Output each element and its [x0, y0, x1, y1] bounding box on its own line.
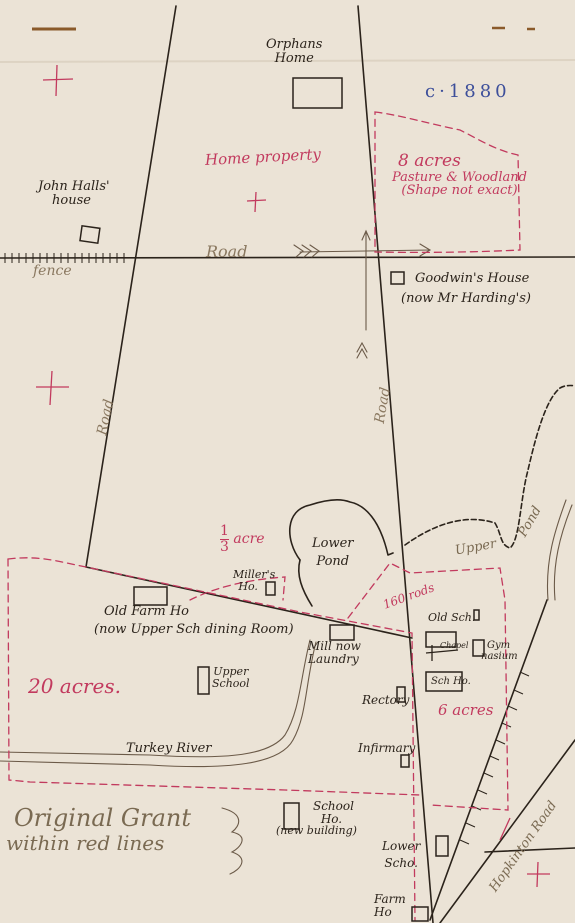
label-line: Orphans [266, 38, 322, 52]
label-line: Goodwin's House [415, 272, 531, 286]
infirmary-building [401, 755, 409, 767]
label-line: Lower [382, 840, 420, 853]
lower-school-building [436, 836, 448, 856]
label-line: Pond [312, 555, 354, 569]
new-school-house-label: School Ho. (new building) [276, 800, 357, 837]
eight-acres-label: 8 acres Pasture & Woodland (Shape not ex… [392, 153, 527, 198]
old-farm-house-building [134, 587, 167, 605]
label-line: house [38, 194, 110, 208]
date-note: c·1880 [425, 83, 511, 102]
millers-house-label: Miller's Ho. [233, 569, 275, 592]
pond-stream [554, 505, 572, 600]
lower-school-label: Lower Scho. [382, 840, 420, 869]
road-horizontal-line [0, 257, 575, 258]
label-line: John Halls' [38, 180, 110, 194]
stone-wall-ticks [460, 672, 529, 844]
mill-building [330, 625, 354, 640]
goodwins-house-label: Goodwin's House (now Mr Harding's) [415, 272, 531, 305]
label-line: within red lines [6, 833, 191, 854]
label-line: Miller's [233, 569, 275, 581]
six-acres-label: 6 acres [438, 703, 493, 719]
original-grant-label: Original Grant within red lines [14, 806, 191, 854]
pond-stream [547, 500, 566, 600]
road-horizontal-label: Road [206, 244, 247, 261]
cross-marker-icon [43, 65, 73, 96]
cross-marker-icon [36, 371, 69, 405]
label-line: Old Farm Ho [94, 605, 294, 619]
john-halls-house-label: John Halls' house [38, 180, 110, 207]
turkey-river-bank [0, 640, 310, 757]
fraction-numerator: 1 [220, 524, 229, 540]
label-line: (new building) [276, 825, 357, 837]
old-farm-house-label: Old Farm Ho (now Upper Sch dining Room) [94, 605, 294, 636]
label-line: Upper [212, 666, 250, 678]
label-line: Lower [312, 537, 354, 551]
label-line: (Shape not exact) [392, 184, 527, 198]
brace-icon [222, 808, 242, 874]
label-line: Ho. [221, 581, 275, 593]
third-acre-label: 1 3 acre [220, 524, 265, 554]
chapel-label: Chapel [440, 642, 468, 650]
label-line: Home [266, 52, 322, 66]
label-line: Gym [487, 641, 518, 652]
road-left-line [86, 6, 176, 567]
label-line: 8 acres [392, 153, 527, 171]
orphans-home-label: Orphans Home [266, 38, 322, 65]
school-house-label: Sch Ho. [431, 677, 471, 688]
label-line: Ho [374, 906, 406, 919]
fence-label: fence [33, 264, 72, 279]
label-line: School [212, 678, 250, 690]
label-line: (now Mr Harding's) [401, 292, 531, 306]
upper-pond-outline [405, 386, 575, 549]
cross-marker-icon [247, 192, 266, 212]
upper-school-label: Upper School [212, 666, 250, 689]
infirmary-label: Infirmary [358, 742, 415, 755]
label-line: Mill now [308, 640, 361, 653]
label-line: Pasture & Woodland [392, 171, 527, 185]
label-line: Scho. [382, 857, 420, 870]
john-halls-house-building [80, 226, 100, 243]
label-line: Original Grant [14, 806, 191, 831]
hopkinton-road-line [440, 740, 575, 923]
cross-marker-icon [527, 862, 550, 887]
road-right-line [358, 6, 433, 923]
map-drawing [0, 0, 575, 923]
mill-label: Mill now Laundry [308, 640, 361, 665]
gymnasium-label: Gym nasium [487, 641, 518, 662]
old-school-label: Old Sch. [428, 612, 475, 624]
label-line: Laundry [308, 653, 361, 666]
hand-drawn-map: c·1880 Orphans Home Home property 8 acre… [0, 0, 575, 923]
goodwins-house-building [391, 272, 404, 284]
label-line: (now Upper Sch dining Room) [94, 623, 294, 637]
lower-pond-label: Lower Pond [312, 537, 354, 568]
turkey-river-label: Turkey River [126, 742, 212, 756]
label-line: Farm [374, 893, 406, 906]
rectory-label: Rectory [362, 694, 409, 707]
upper-school-building [198, 667, 209, 694]
twenty-acres-label: 20 acres. [28, 676, 121, 697]
label-line: School [276, 800, 357, 813]
farm-house-label: Farm Ho [374, 893, 406, 918]
fraction-unit: acre [233, 531, 264, 547]
lower-pond-outline [299, 560, 312, 606]
fraction-denominator: 3 [220, 540, 229, 555]
orphans-home-building [293, 78, 342, 108]
label-line: nasium [481, 652, 518, 663]
